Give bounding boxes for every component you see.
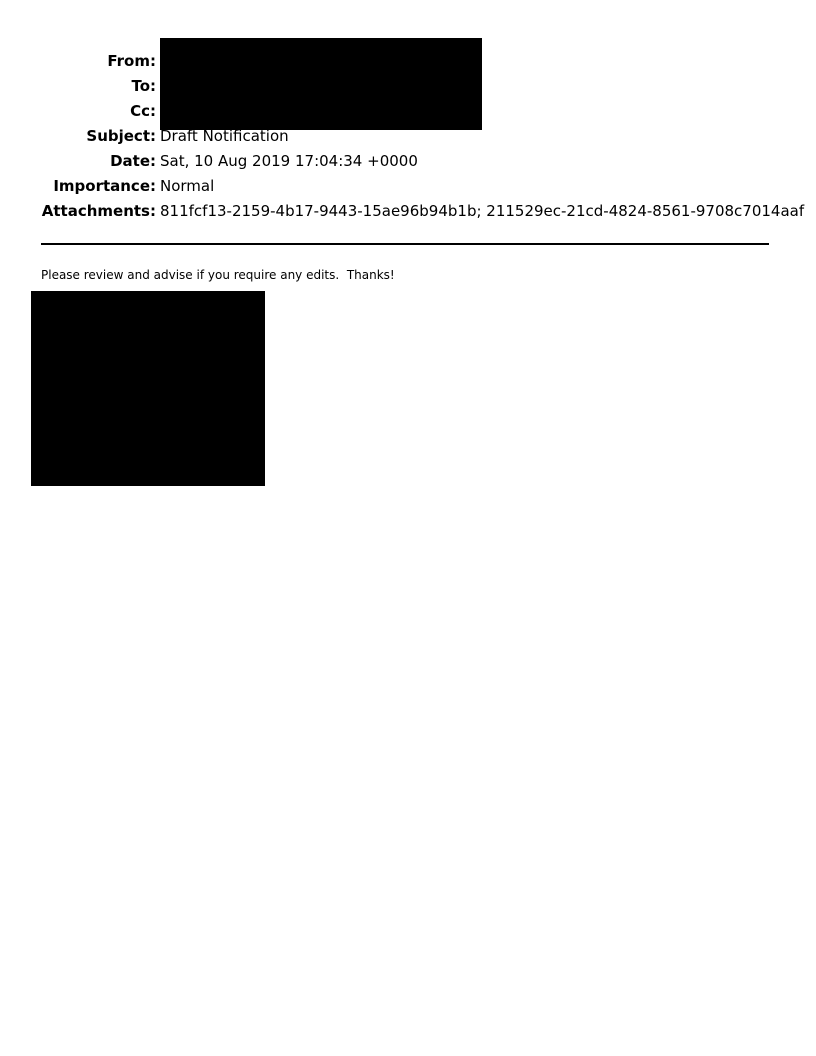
attachments-value[interactable]: 811fcf13-2159-4b17-9443-15ae96b94b1b; 21…: [160, 199, 804, 224]
header-divider: [41, 243, 769, 245]
cc-label: Cc:: [130, 99, 156, 124]
subject-value: Draft Notification: [160, 124, 289, 149]
subject-label: Subject:: [86, 124, 156, 149]
attachments-label: Attachments:: [42, 199, 156, 224]
subject-row: Subject: Draft Notification: [0, 124, 816, 149]
redaction-block-body: [31, 291, 265, 486]
date-row: Date: Sat, 10 Aug 2019 17:04:34 +0000: [0, 149, 816, 174]
attachments-row: Attachments: 811fcf13-2159-4b17-9443-15a…: [0, 199, 816, 224]
importance-row: Importance: Normal: [0, 174, 816, 199]
date-label: Date:: [110, 149, 156, 174]
redaction-block-recipients: [160, 38, 482, 130]
importance-label: Importance:: [53, 174, 156, 199]
from-label: From:: [107, 49, 156, 74]
to-label: To:: [131, 74, 156, 99]
email-body-text: Please review and advise if you require …: [41, 267, 395, 283]
date-value: Sat, 10 Aug 2019 17:04:34 +0000: [160, 149, 418, 174]
importance-value: Normal: [160, 174, 214, 199]
